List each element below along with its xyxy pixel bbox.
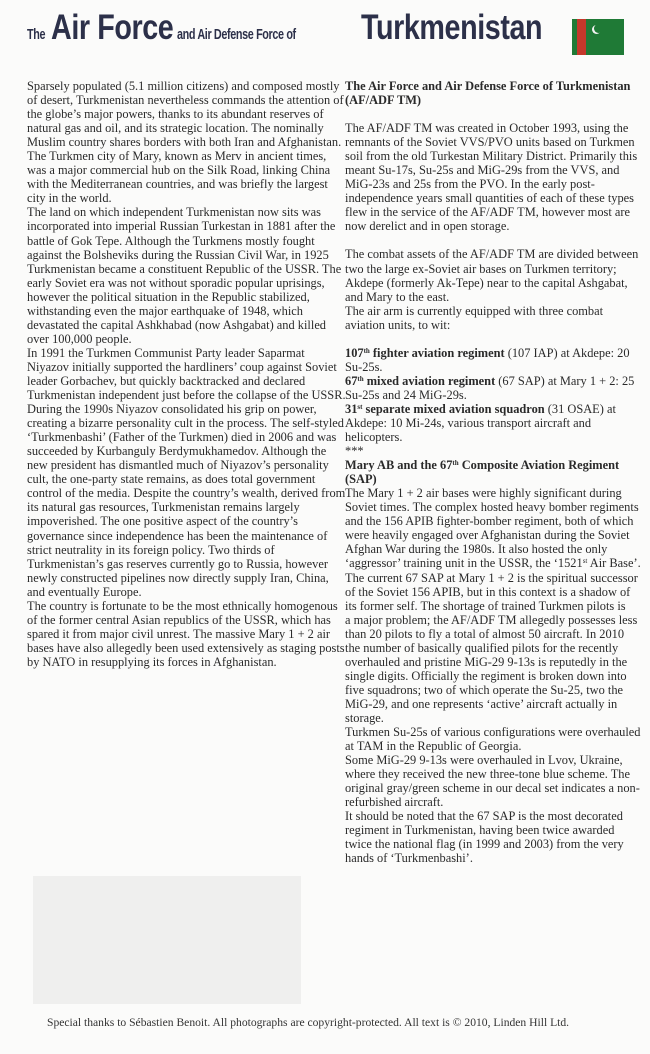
- title-part-air-force: Air Force: [51, 8, 154, 48]
- paragraph: It should be noted that the 67 SAP is th…: [345, 809, 642, 865]
- paragraph: The air arm is currently equipped with t…: [345, 304, 642, 332]
- unit-entry: 107th fighter aviation regiment (107 IAP…: [345, 346, 642, 374]
- unit-entry: 31st separate mixed aviation squadron (3…: [345, 402, 642, 444]
- title-part-the: The: [27, 26, 47, 43]
- unit-entry: 67th mixed aviation regiment (67 SAP) at…: [345, 374, 642, 402]
- paragraph: Some MiG-29 9-13s were overhauled in Lvo…: [345, 753, 642, 809]
- flag-crescent-icon: [594, 24, 603, 33]
- paragraph: The combat assets of the AF/ADF TM are d…: [345, 247, 642, 303]
- paragraph: The country is fortunate to be the most …: [27, 599, 347, 669]
- separator: ***: [345, 444, 642, 458]
- footer-credits: Special thanks to Sébastien Benoit. All …: [47, 1016, 569, 1029]
- paragraph: Turkmen Su-25s of various configurations…: [345, 725, 642, 753]
- section-heading: Mary AB and the 67th Composite Aviation …: [345, 458, 642, 486]
- turkmenistan-flag-icon: [572, 19, 624, 55]
- paragraph: The land on which independent Turkmenist…: [27, 205, 347, 345]
- section-heading: The Air Force and Air Defense Force of T…: [345, 79, 642, 107]
- background-photo-bleed: [33, 876, 301, 1004]
- flag-carpet-stripe: [577, 19, 586, 55]
- paragraph: Sparsely populated (5.1 million citizens…: [27, 79, 347, 205]
- title-part-turkmenistan: Turkmenistan: [361, 8, 509, 48]
- left-column: Sparsely populated (5.1 million citizens…: [27, 79, 347, 669]
- paragraph: The AF/ADF TM was created in October 199…: [345, 121, 642, 233]
- page-title: The Air Force and Air Defense Force of T…: [27, 8, 541, 56]
- right-column: The Air Force and Air Defense Force of T…: [345, 79, 642, 865]
- paragraph: a major problem; the AF/ADF TM allegedly…: [345, 613, 642, 725]
- paragraph: The Mary 1 + 2 air bases were highly sig…: [345, 486, 642, 570]
- paragraph: In 1991 the Turkmen Communist Party lead…: [27, 346, 347, 599]
- paragraph: The current 67 SAP at Mary 1 + 2 is the …: [345, 571, 642, 613]
- title-part-air-defense: and Air Defense Force of: [177, 26, 312, 43]
